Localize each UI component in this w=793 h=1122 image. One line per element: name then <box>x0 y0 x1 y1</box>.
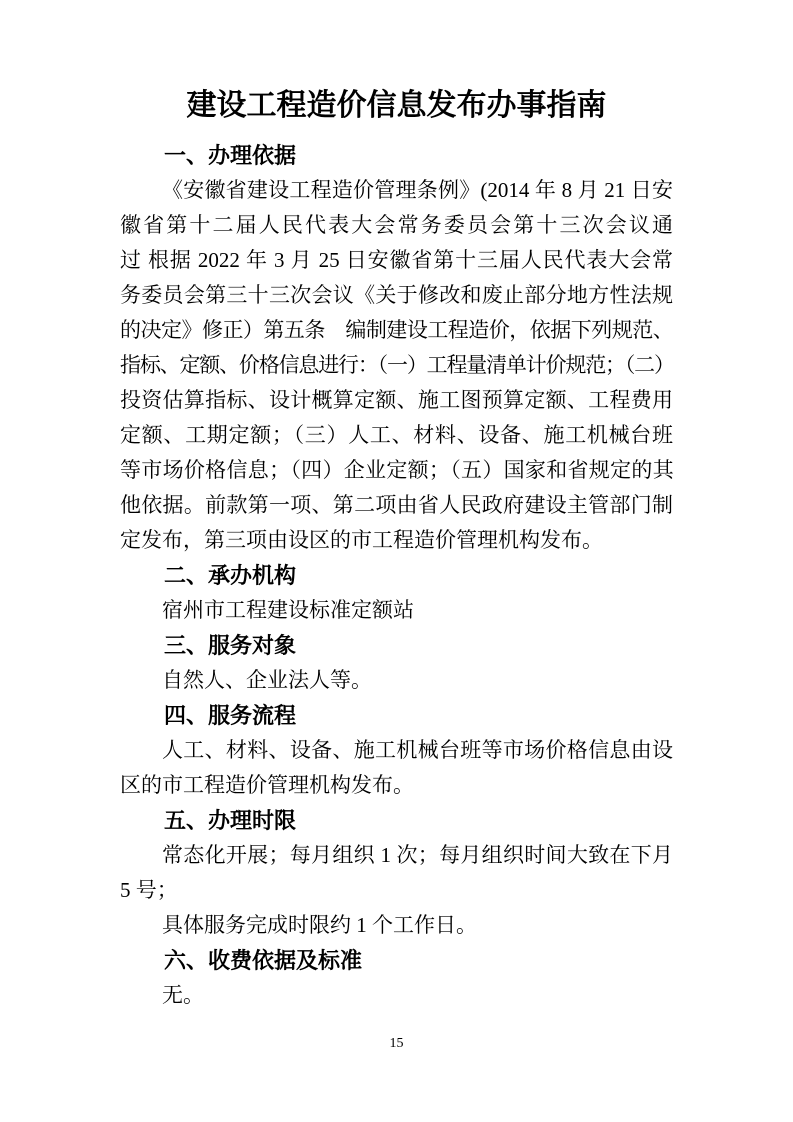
paragraph-line: 等市场价格信息；（四）企业定额；（五）国家和省规定的其 <box>120 453 673 488</box>
paragraph-line: 定额、工期定额；（三）人工、材料、设备、施工机械台班 <box>120 418 673 453</box>
paragraph-line: 务委员会第三十三次会议《关于修改和废止部分地方性法规 <box>120 278 673 313</box>
section-5-heading: 五、办理时限 <box>120 803 673 838</box>
paragraph-line: 无。 <box>120 978 673 1013</box>
section-6-heading: 六、收费依据及标准 <box>120 943 673 978</box>
paragraph-line: 人工、材料、设备、施工机械台班等市场价格信息由设 <box>120 733 673 768</box>
paragraph-line: 定发布，第三项由设区的市工程造价管理机构发布。 <box>120 523 673 558</box>
paragraph-line: 投资估算指标、设计概算定额、施工图预算定额、工程费用 <box>120 383 673 418</box>
section-1-heading: 一、办理依据 <box>120 138 673 173</box>
paragraph-line: 徽省第十二届人民代表大会常务委员会第十三次会议通 <box>120 208 673 243</box>
paragraph-line: 的决定》修正）第五条 编制建设工程造价，依据下列规范、 <box>120 313 673 348</box>
paragraph-line: 具体服务完成时限约 1 个工作日。 <box>120 908 673 943</box>
section-3-heading: 三、服务对象 <box>120 628 673 663</box>
page-number: 15 <box>0 1036 793 1052</box>
paragraph-line: 自然人、企业法人等。 <box>120 663 673 698</box>
document-title: 建设工程造价信息发布办事指南 <box>0 84 793 128</box>
paragraph-line: 区的市工程造价管理机构发布。 <box>120 768 673 803</box>
paragraph-line: 指标、定额、价格信息进行：（一）工程量清单计价规范；（二） <box>120 348 673 383</box>
paragraph-line: 《安徽省建设工程造价管理条例》(2014 年 8 月 21 日安 <box>120 173 673 208</box>
document-body: 一、办理依据 《安徽省建设工程造价管理条例》(2014 年 8 月 21 日安 … <box>120 138 673 1013</box>
section-2-heading: 二、承办机构 <box>120 558 673 593</box>
paragraph-line: 宿州市工程建设标准定额站 <box>120 593 673 628</box>
paragraph-line: 常态化开展；每月组织 1 次；每月组织时间大致在下月 <box>120 838 673 873</box>
paragraph-line: 5 号； <box>120 873 673 908</box>
section-4-heading: 四、服务流程 <box>120 698 673 733</box>
paragraph-line: 他依据。前款第一项、第二项由省人民政府建设主管部门制 <box>120 488 673 523</box>
paragraph-line: 过 根据 2022 年 3 月 25 日安徽省第十三届人民代表大会常 <box>120 243 673 278</box>
document-page: 建设工程造价信息发布办事指南 一、办理依据 《安徽省建设工程造价管理条例》(20… <box>0 0 793 1122</box>
